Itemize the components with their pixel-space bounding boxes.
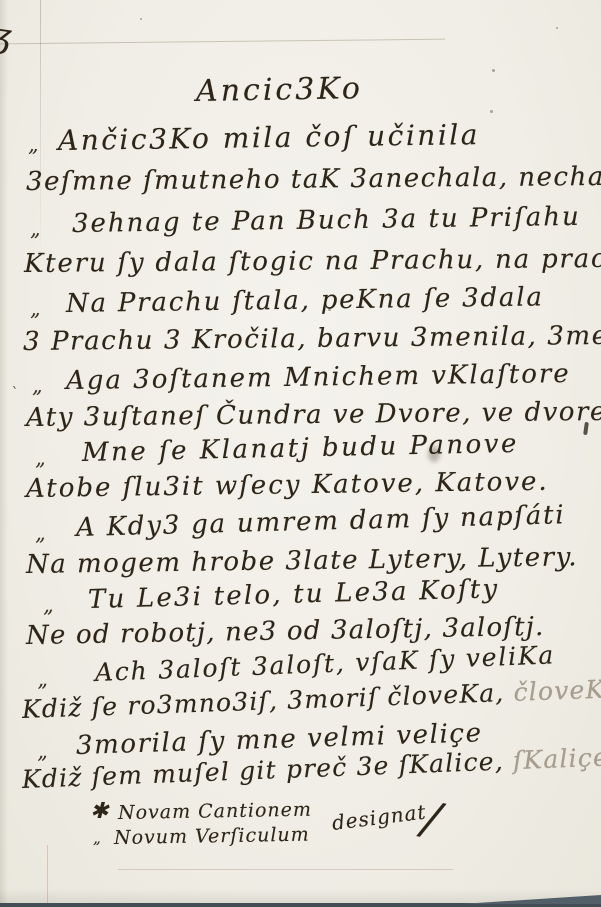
line-text: Aty 3uſtaneſ Čundra ve Dvore, ve dvore.: [26, 397, 601, 433]
verse-line-10: Atobe ſlu3it wſecy Katove, Katove.: [26, 467, 549, 505]
line-text-faded: ſKaliçe.: [503, 742, 601, 775]
line-text: Ančic3Ko mila čoſ učinila: [58, 118, 480, 157]
verse-line-9: „ Mne ſe Klanatj budu Panove: [82, 429, 519, 469]
paper-speck: [556, 27, 558, 29]
line-text: Tu Le3i telo, tu Le3a Koſty: [88, 574, 500, 615]
footnote-verse-marker: „: [93, 829, 101, 847]
line-text: A Kdy3 ga umrem dam ſy napſáti: [76, 500, 566, 543]
paper-red-line: [47, 845, 48, 903]
verse-line-1: „ Ančic3Ko mila čoſ učinila: [58, 118, 480, 157]
page-bottom-edge-wedge: [461, 895, 601, 904]
verse-line-3: „ 3ehnag te Pan Buch 3a tu Priſahu: [72, 202, 581, 240]
verse-line-7: „ Aga 3oſtanem Mnichem vKlaſtore: [66, 359, 571, 397]
line-text: Na Prachu ſtala, peKna ſe 3dala: [66, 282, 544, 319]
verse-line-5: „ Na Prachu ſtala, peKna ſe 3dala: [66, 282, 544, 320]
line-text: Kteru ſy dala ſtogic na Prachu, na prach…: [24, 244, 601, 279]
new-verse-mark: „: [43, 593, 56, 617]
footnote-star-marker: ✱: [90, 799, 108, 825]
new-verse-mark: „: [28, 132, 41, 156]
verse-line-11: „ A Kdy3 ga umrem dam ſy napſáti: [76, 500, 566, 544]
line-text: 3eſmne ſmutneho taK 3anechala, nechala: [26, 162, 601, 197]
paper-crease-top: [0, 39, 445, 45]
new-verse-mark: „: [30, 216, 43, 240]
line-text-faded: človeKa: [504, 674, 601, 707]
verse-line-6: 3 Prachu 3 Kročila, barvu 3menila, 3meni…: [23, 320, 601, 358]
line-text: Aga 3oſtanem Mnichem vKlaſtore: [66, 359, 571, 396]
corner-ink-stroke: ʒ: [0, 15, 14, 57]
new-verse-mark: „: [37, 739, 50, 763]
line-text: 3ehnag te Pan Buch 3a tu Priſahu: [72, 202, 581, 239]
footnote-star-text: Novam Cantionem: [118, 799, 312, 825]
line-text: Mne ſe Klanatj budu Panove: [82, 429, 519, 468]
manuscript-page: ʒ ` Ancic3Ko „ Ančic3Ko mila čoſ učinila…: [0, 0, 601, 907]
new-verse-mark: „: [32, 373, 45, 397]
left-edge-shade: [0, 0, 8, 907]
footnote-designat-text: designat: [331, 800, 428, 835]
paper-speck: [140, 18, 142, 20]
verse-line-4: Kteru ſy dala ſtogic na Prachu, na prach…: [24, 244, 601, 281]
verse-line-13: „ Tu Le3i telo, tu Le3a Koſty: [88, 574, 500, 616]
paper-speck: [492, 69, 495, 72]
line-text: 3 Prachu 3 Kročila, barvu 3menila, 3meni…: [23, 320, 601, 357]
new-verse-mark: „: [30, 296, 43, 320]
paper-speck: [490, 110, 493, 113]
paper-crease-bottom: [118, 869, 453, 870]
manuscript-title: Ancic3Ko: [196, 71, 364, 109]
footnote-verse-text: Novum Verſiculum: [114, 824, 310, 850]
new-verse-mark: „: [35, 521, 48, 545]
verse-line-2: 3eſmne ſmutneho taK 3anechala, nechala: [26, 162, 601, 198]
line-text: Atobe ſlu3it wſecy Katove, Katove.: [26, 467, 549, 504]
line-text: Kdiž ſe ro3mno3iſ, 3moriſ človeKa,: [21, 678, 504, 724]
stray-tick-mark: `: [10, 384, 18, 403]
new-verse-mark: „: [35, 446, 48, 470]
new-verse-mark: „: [37, 667, 50, 691]
